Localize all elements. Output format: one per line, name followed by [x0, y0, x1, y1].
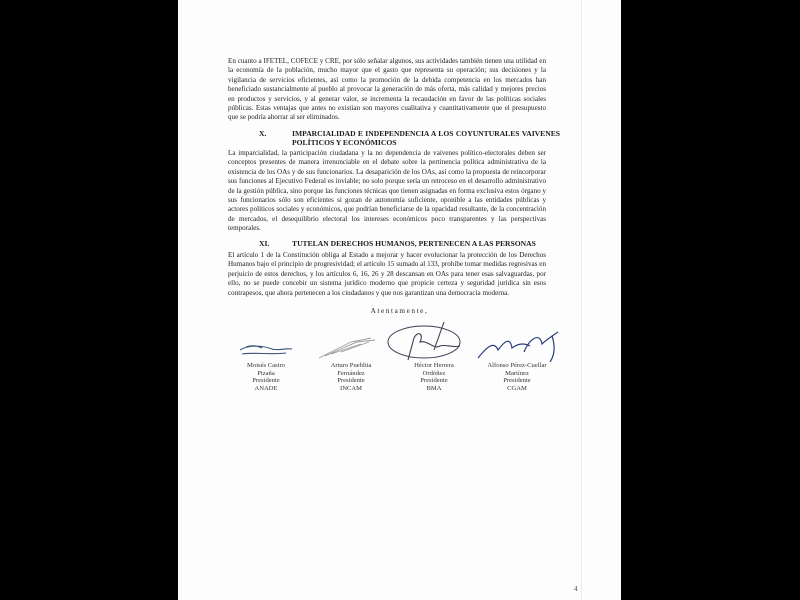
- section-x-heading: X. IMPARCIALIDAD E INDEPENDENCIA A LOS C…: [259, 130, 559, 148]
- signatory-4-name: Alfonso Pérez-Cuellar: [472, 362, 562, 370]
- signatory-3: Héctor Herrera Ordóñez Presidente BMA: [394, 362, 474, 392]
- signatory-4-role: Presidente: [472, 377, 562, 385]
- section-x-body-text: La imparcialidad, la participación ciuda…: [228, 149, 546, 234]
- signatory-3-role: Presidente: [394, 377, 474, 385]
- document-page: En cuanto a IFETEL, COFECE y CRE, por só…: [178, 0, 621, 600]
- signatory-2-name: Arturo Pueblita: [311, 362, 391, 370]
- signature-2-icon: [311, 332, 391, 362]
- signature-3-icon: [384, 320, 474, 362]
- signatory-2-surname: Fernández: [311, 370, 391, 378]
- signature-1-icon: [226, 336, 306, 362]
- signatory-1-name: Moisés Castro: [226, 362, 306, 370]
- intro-paragraph-text: En cuanto a IFETEL, COFECE y CRE, por só…: [228, 57, 546, 123]
- signatory-3-org: BMA: [394, 385, 474, 393]
- signatory-1: Moisés Castro Pizaña Presidente ANADE: [226, 362, 306, 392]
- section-xi-heading: XI. TUTELAN DERECHOS HUMANOS, PERTENECEN…: [259, 240, 559, 250]
- signatory-4-surname: Martínez: [472, 370, 562, 378]
- signatory-3-surname: Ordóñez: [394, 370, 474, 378]
- signatory-4: Alfonso Pérez-Cuellar Martínez President…: [472, 362, 562, 392]
- signatory-2-org: INCAM: [311, 385, 391, 393]
- signatory-2-role: Presidente: [311, 377, 391, 385]
- page-number: 4: [574, 585, 578, 593]
- scan-artifact-line: [581, 0, 582, 600]
- section-xi-title: TUTELAN DERECHOS HUMANOS, PERTENECEN A L…: [292, 240, 582, 249]
- section-xi-body-text: El artículo 1 de la Constitución obliga …: [228, 251, 546, 298]
- signature-4-icon: [468, 328, 568, 362]
- section-xi-body: El artículo 1 de la Constitución obliga …: [228, 251, 546, 298]
- signatory-1-org: ANADE: [226, 385, 306, 393]
- section-xi-number: XI.: [259, 240, 269, 249]
- signatory-4-org: CGAM: [472, 385, 562, 393]
- signatory-1-surname: Pizaña: [226, 370, 306, 378]
- section-x-body: La imparcialidad, la participación ciuda…: [228, 149, 546, 234]
- section-x-number: X.: [259, 130, 266, 139]
- intro-paragraph: En cuanto a IFETEL, COFECE y CRE, por só…: [228, 57, 546, 123]
- section-x-title: IMPARCIALIDAD E INDEPENDENCIA A LOS COYU…: [292, 130, 560, 147]
- signatory-3-name: Héctor Herrera: [394, 362, 474, 370]
- signatory-2: Arturo Pueblita Fernández Presidente INC…: [311, 362, 391, 392]
- closing-salutation: Atentamente,: [178, 307, 621, 315]
- signatory-1-role: Presidente: [226, 377, 306, 385]
